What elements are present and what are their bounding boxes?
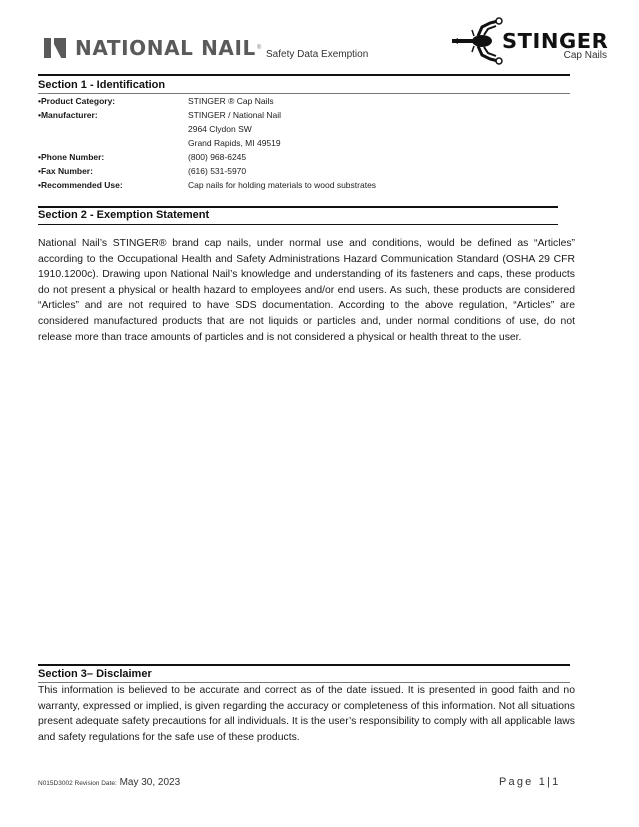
national-nail-logo: NATIONAL NAIL ® <box>44 36 261 60</box>
revision-date: May 30, 2023 <box>120 777 181 788</box>
section3-heading: Section 3– Disclaimer <box>38 668 152 680</box>
section3-top-divider <box>38 664 570 666</box>
section2-heading: Section 2 - Exemption Statement <box>38 209 209 221</box>
registered-mark: ® <box>257 45 261 51</box>
section2-top-divider <box>38 206 558 208</box>
exemption-statement: National Nail’s STINGER® brand cap nails… <box>38 236 575 345</box>
section1-divider <box>38 93 570 94</box>
national-nail-logo-icon <box>44 38 66 58</box>
disclaimer-text: This information is believed to be accur… <box>38 683 575 745</box>
document-code: N015D3002 Revision Date: <box>38 780 117 787</box>
brand-subtitle: Cap Nails <box>564 50 607 61</box>
company-name: NATIONAL NAIL <box>75 36 256 60</box>
stinger-logo: STINGER Cap Nails <box>452 17 607 65</box>
section1-heading: Section 1 - Identification <box>38 79 165 91</box>
page-number: Page 1|1 <box>499 776 560 788</box>
header-divider <box>38 74 570 76</box>
revision-info: N015D3002 Revision Date: May 30, 2023 <box>38 777 180 788</box>
document-title: Safety Data Exemption <box>266 49 368 60</box>
section2-divider <box>38 224 558 225</box>
